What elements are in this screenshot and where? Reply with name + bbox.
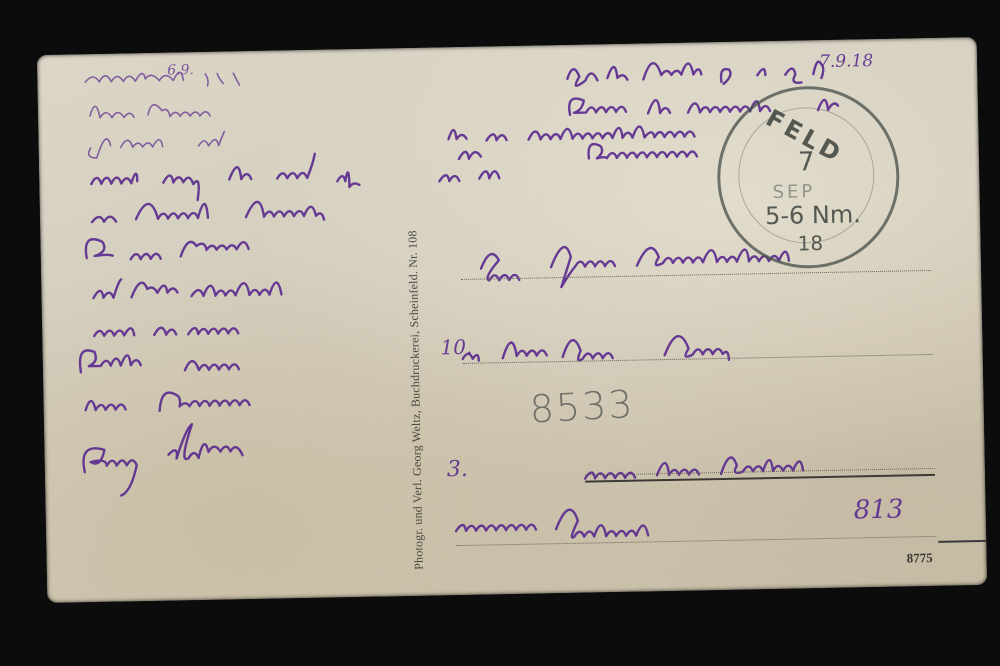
postmark-month: SEP bbox=[772, 181, 815, 203]
printed-card-number: 8775 bbox=[906, 550, 932, 566]
pencil-inventory-number: 8533 bbox=[529, 382, 636, 432]
message-date: 6.9. bbox=[167, 62, 194, 79]
postmark-day: 7 bbox=[798, 147, 815, 177]
postmark-year: 18 bbox=[797, 231, 823, 255]
address-company-number: 3. bbox=[447, 457, 468, 482]
address-feldpost-number: 813 bbox=[853, 495, 903, 526]
postmark-time: 5-6 Nm. bbox=[765, 200, 861, 230]
address-regiment-number: 10. bbox=[440, 335, 472, 360]
sender-header-date: 7.9.18 bbox=[819, 51, 873, 72]
message-handwriting bbox=[74, 69, 365, 496]
postcard: 6.9. 7.9.18 10. 3. 813 Photogr. und Verl… bbox=[37, 37, 987, 603]
